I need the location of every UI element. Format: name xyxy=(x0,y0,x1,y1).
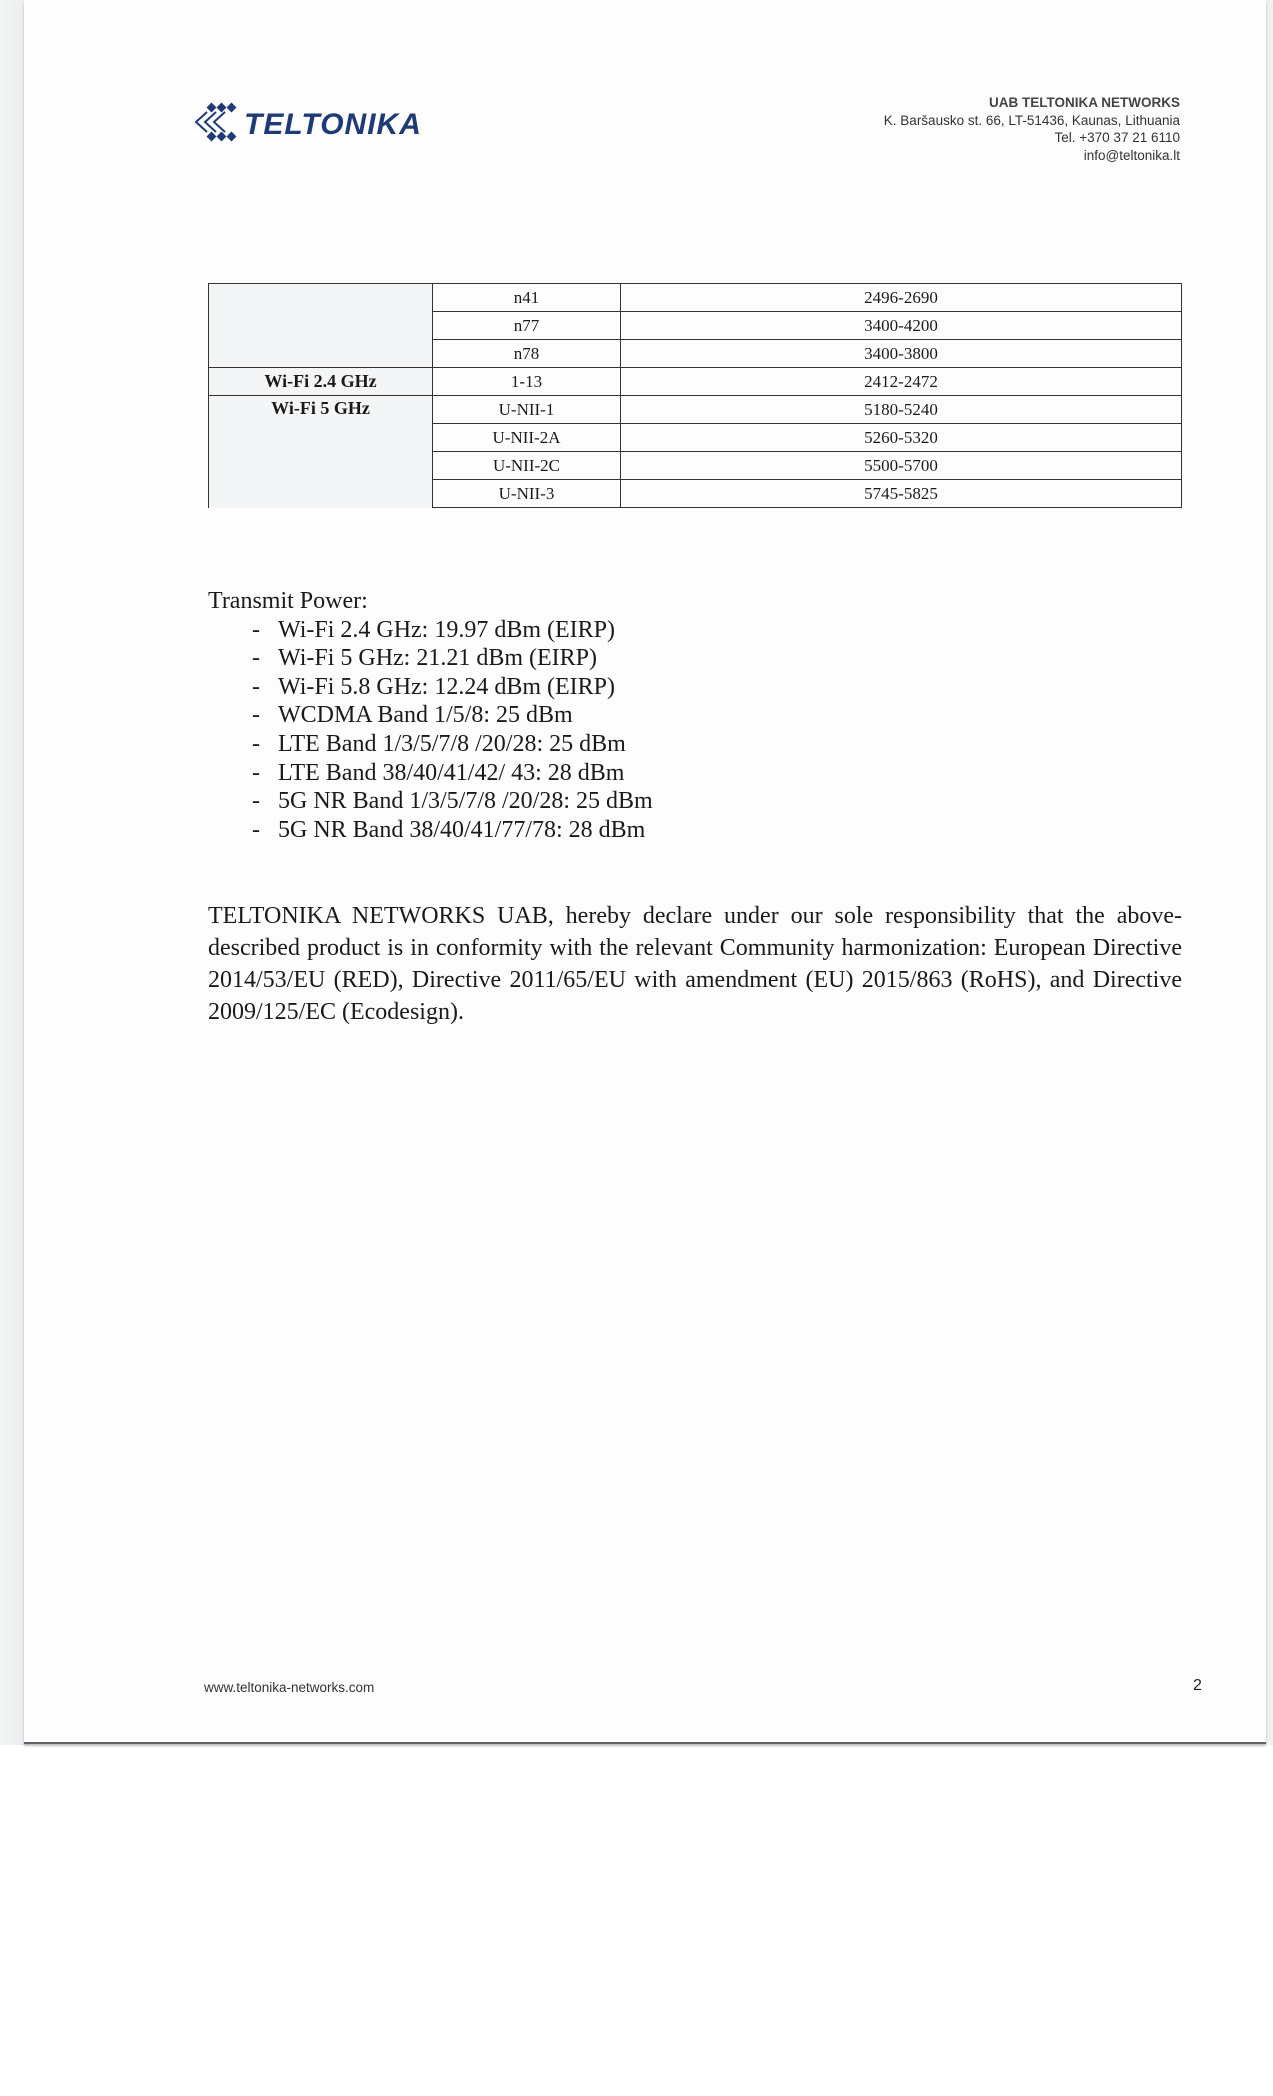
teltonika-chevron-icon xyxy=(192,102,242,142)
list-item-text: Wi-Fi 5 GHz: 21.21 dBm (EIRP) xyxy=(278,644,597,673)
frequency-band-table: n41 2496-2690 n77 3400-4200 n78 3400-380… xyxy=(208,283,1182,508)
logo-wordmark: TELTONIKA xyxy=(244,108,422,142)
list-item-text: LTE Band 1/3/5/7/8 /20/28: 25 dBm xyxy=(278,730,626,759)
list-item: -LTE Band 38/40/41/42/ 43: 28 dBm xyxy=(208,759,653,788)
range-cell: 5500-5700 xyxy=(621,452,1182,480)
band-cell: 1-13 xyxy=(433,368,621,396)
table-row: Wi-Fi 2.4 GHz 1-13 2412-2472 xyxy=(209,368,1182,396)
group-cell: Wi-Fi 5 GHz xyxy=(209,396,433,508)
range-cell: 5180-5240 xyxy=(621,396,1182,424)
group-cell: Wi-Fi 2.4 GHz xyxy=(209,368,433,396)
table-row: n41 2496-2690 xyxy=(209,284,1182,312)
list-item-text: Wi-Fi 5.8 GHz: 12.24 dBm (EIRP) xyxy=(278,673,615,702)
footer-website: www.teltonika-networks.com xyxy=(204,1680,374,1695)
list-item-text: 5G NR Band 38/40/41/77/78: 28 dBm xyxy=(278,816,645,845)
list-item: -Wi-Fi 2.4 GHz: 19.97 dBm (EIRP) xyxy=(208,616,653,645)
bullet-dash: - xyxy=(208,816,278,845)
list-item-text: Wi-Fi 2.4 GHz: 19.97 dBm (EIRP) xyxy=(278,616,615,645)
bullet-dash: - xyxy=(208,730,278,759)
transmit-power-title: Transmit Power: xyxy=(208,587,653,616)
company-phone: Tel. +370 37 21 6110 xyxy=(884,129,1180,147)
band-cell: n78 xyxy=(433,340,621,368)
bullet-dash: - xyxy=(208,701,278,730)
band-cell: n77 xyxy=(433,312,621,340)
band-cell: U-NII-2C xyxy=(433,452,621,480)
table-row: n77 3400-4200 xyxy=(209,312,1182,340)
bullet-dash: - xyxy=(208,644,278,673)
transmit-power-list: -Wi-Fi 2.4 GHz: 19.97 dBm (EIRP) -Wi-Fi … xyxy=(208,616,653,845)
band-cell: U-NII-3 xyxy=(433,480,621,508)
list-item-text: LTE Band 38/40/41/42/ 43: 28 dBm xyxy=(278,759,624,788)
scan-right-edge xyxy=(1266,0,1273,1745)
document-page xyxy=(24,0,1266,1744)
table-row: n78 3400-3800 xyxy=(209,340,1182,368)
range-cell: 3400-4200 xyxy=(621,312,1182,340)
list-item-text: 5G NR Band 1/3/5/7/8 /20/28: 25 dBm xyxy=(278,787,653,816)
band-cell: n41 xyxy=(433,284,621,312)
list-item: -5G NR Band 1/3/5/7/8 /20/28: 25 dBm xyxy=(208,787,653,816)
list-item: -WCDMA Band 1/5/8: 25 dBm xyxy=(208,701,653,730)
range-cell: 2496-2690 xyxy=(621,284,1182,312)
bullet-dash: - xyxy=(208,616,278,645)
range-cell: 2412-2472 xyxy=(621,368,1182,396)
band-cell: U-NII-2A xyxy=(433,424,621,452)
range-cell: 3400-3800 xyxy=(621,340,1182,368)
list-item: -5G NR Band 38/40/41/77/78: 28 dBm xyxy=(208,816,653,845)
group-cell xyxy=(209,312,433,340)
list-item: -Wi-Fi 5.8 GHz: 12.24 dBm (EIRP) xyxy=(208,673,653,702)
bullet-dash: - xyxy=(208,787,278,816)
page-number: 2 xyxy=(1193,1677,1202,1695)
declaration-paragraph: TELTONIKA NETWORKS UAB, hereby declare u… xyxy=(208,900,1182,1028)
list-item: -Wi-Fi 5 GHz: 21.21 dBm (EIRP) xyxy=(208,644,653,673)
teltonika-logo: TELTONIKA xyxy=(192,96,422,148)
bullet-dash: - xyxy=(208,759,278,788)
table-row: Wi-Fi 5 GHz U-NII-1 5180-5240 xyxy=(209,396,1182,424)
transmit-power-section: Transmit Power: -Wi-Fi 2.4 GHz: 19.97 dB… xyxy=(208,587,653,844)
range-cell: 5745-5825 xyxy=(621,480,1182,508)
list-item: -LTE Band 1/3/5/7/8 /20/28: 25 dBm xyxy=(208,730,653,759)
list-item-text: WCDMA Band 1/5/8: 25 dBm xyxy=(278,701,573,730)
group-cell xyxy=(209,340,433,368)
group-cell xyxy=(209,284,433,312)
company-name: UAB TELTONIKA NETWORKS xyxy=(884,94,1180,112)
band-cell: U-NII-1 xyxy=(433,396,621,424)
bullet-dash: - xyxy=(208,673,278,702)
company-email: info@teltonika.lt xyxy=(884,147,1180,165)
range-cell: 5260-5320 xyxy=(621,424,1182,452)
company-address-block: UAB TELTONIKA NETWORKS K. Baršausko st. … xyxy=(884,94,1180,164)
company-address: K. Baršausko st. 66, LT-51436, Kaunas, L… xyxy=(884,112,1180,130)
